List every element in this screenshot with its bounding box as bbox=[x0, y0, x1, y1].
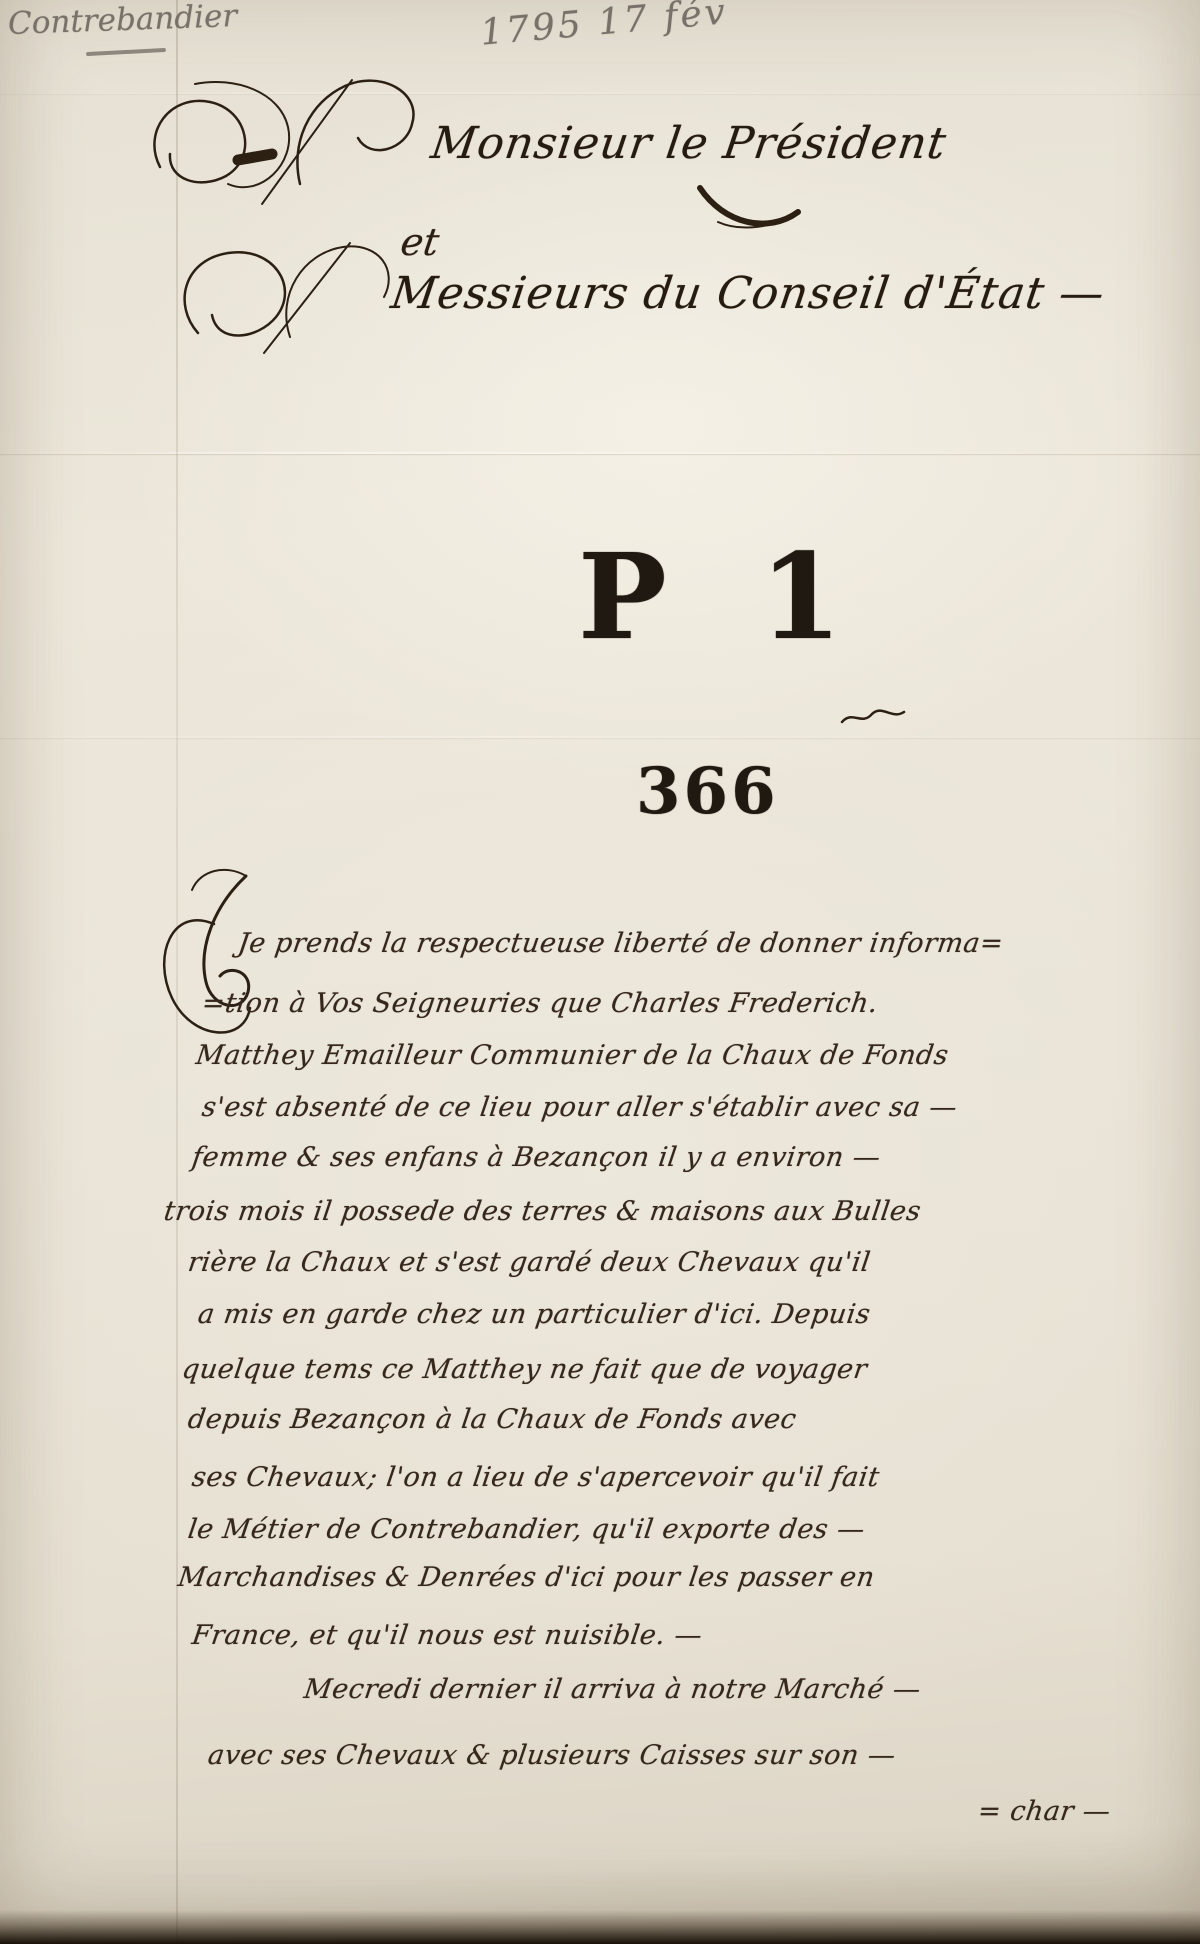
body-line: =tion à Vos Seigneuries que Charles Fred… bbox=[200, 988, 880, 1019]
body-line: Marchandises & Denrées d'ici pour les pa… bbox=[176, 1562, 877, 1593]
pencil-date: 1795 17 fév bbox=[479, 0, 730, 54]
salutation-conjunction: et bbox=[398, 220, 442, 264]
body-line: trois mois il possede des terres & maiso… bbox=[162, 1196, 923, 1227]
manuscript-page: Contrebandier 1795 17 fév Monsieur le Pr… bbox=[0, 0, 1200, 1944]
pencil-underline bbox=[86, 48, 166, 56]
stamp-number: 366 bbox=[636, 760, 779, 824]
body-line: avec ses Chevaux & plusieurs Caisses sur… bbox=[206, 1740, 898, 1771]
body-line: France, et qu'il nous est nuisible. — bbox=[190, 1620, 704, 1651]
calligraphic-flourish-icon bbox=[168, 235, 403, 360]
body-line: depuis Bezançon à la Chaux de Fonds avec bbox=[186, 1404, 799, 1435]
scan-bottom-edge bbox=[0, 1910, 1200, 1944]
paper-crease bbox=[0, 736, 1200, 738]
body-line: quelque tems ce Matthey ne fait que de v… bbox=[180, 1354, 869, 1385]
body-line: Mecredi dernier il arriva à notre Marché… bbox=[302, 1674, 923, 1705]
body-line: s'est absenté de ce lieu pour aller s'ét… bbox=[200, 1092, 959, 1123]
body-line: Je prends la respectueuse liberté de don… bbox=[236, 928, 1005, 959]
body-line: ses Chevaux; l'on a lieu de s'apercevoir… bbox=[190, 1462, 882, 1493]
body-line: a mis en garde chez un particulier d'ici… bbox=[196, 1299, 873, 1330]
ink-squiggle-icon bbox=[838, 702, 908, 732]
body-line: rière la Chaux et s'est gardé deux Cheva… bbox=[186, 1247, 872, 1278]
catchword: = char — bbox=[976, 1796, 1113, 1827]
salutation-line1: Monsieur le Président bbox=[428, 118, 950, 169]
paper-crease bbox=[0, 452, 1200, 454]
body-line: le Métier de Contrebandier, qu'il export… bbox=[186, 1514, 867, 1545]
body-line: Matthey Emailleur Communier de la Chaux … bbox=[194, 1040, 951, 1071]
stamp-page-mark: P 1 bbox=[578, 538, 842, 656]
calligraphic-flourish-icon bbox=[140, 72, 440, 217]
salutation-swash-icon bbox=[692, 182, 807, 242]
salutation-line2: Messieurs du Conseil d'État — bbox=[388, 268, 1108, 319]
body-line: femme & ses enfans à Bezançon il y a env… bbox=[190, 1142, 883, 1173]
pencil-keyword: Contrebandier bbox=[7, 0, 237, 42]
